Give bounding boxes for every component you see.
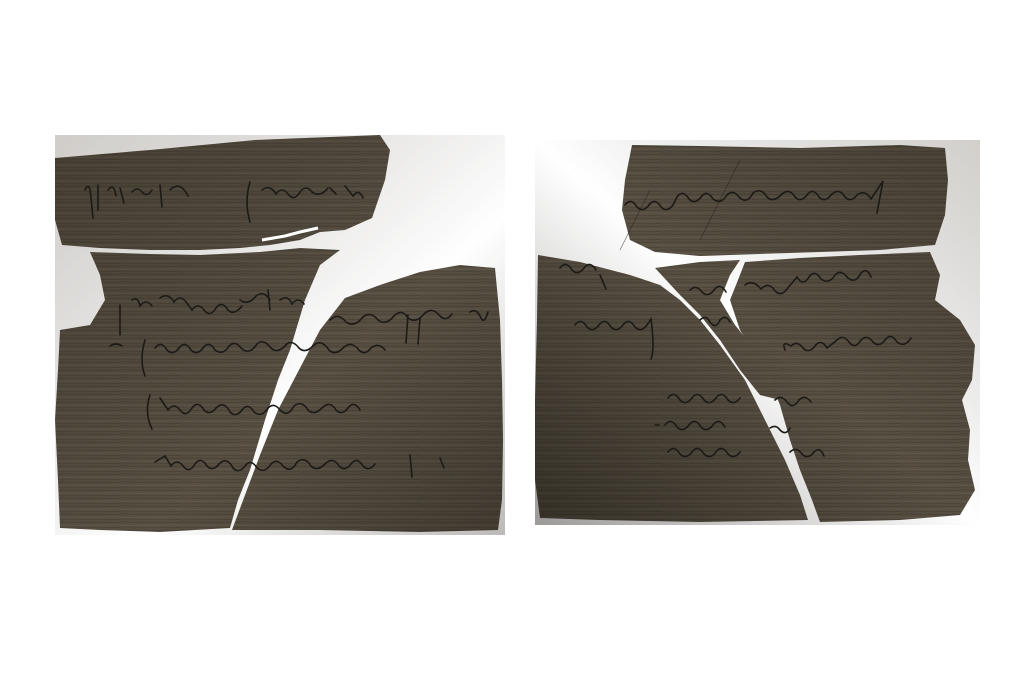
right-shade — [535, 140, 980, 525]
left-tablet — [55, 135, 505, 535]
tablets-photo: Photograph of two fragmented wooden writ… — [0, 0, 1024, 683]
right-tablet — [535, 140, 980, 525]
